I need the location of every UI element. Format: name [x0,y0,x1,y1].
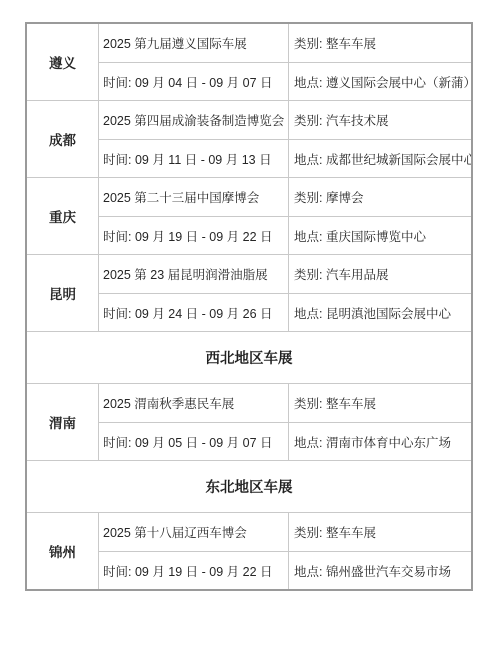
time-cell: 时间: 09 月 11 日 - 09 月 13 日 [98,139,288,177]
exhibition-name-cell: 2025 渭南秋季惠民车展 [98,384,288,422]
exhibition-table: 遵义 2025 第九届遵义国际车展 类别: 整车车展 时间: 09 月 04 日… [25,22,473,591]
category-cell: 类别: 汽车技术展 [288,101,471,139]
category-cell: 类别: 整车车展 [288,384,471,422]
category-cell: 类别: 汽车用品展 [288,255,471,293]
city-block-weinan: 渭南 2025 渭南秋季惠民车展 类别: 整车车展 时间: 09 月 05 日 … [27,383,471,460]
city-cell: 成都 [27,101,98,177]
time-cell: 时间: 09 月 04 日 - 09 月 07 日 [98,62,288,100]
time-cell: 时间: 09 月 05 日 - 09 月 07 日 [98,422,288,460]
section-header-northeast: 东北地区车展 [27,460,471,512]
city-cell: 渭南 [27,384,98,460]
location-cell: 地点: 重庆国际博览中心 [288,216,471,254]
city-block-zunyi: 遵义 2025 第九届遵义国际车展 类别: 整车车展 时间: 09 月 04 日… [27,24,471,100]
time-cell: 时间: 09 月 19 日 - 09 月 22 日 [98,216,288,254]
exhibition-name-cell: 2025 第二十三届中国摩博会 [98,178,288,216]
exhibition-name-cell: 2025 第九届遵义国际车展 [98,24,288,62]
city-block-kunming: 昆明 2025 第 23 届昆明润滑油脂展 类别: 汽车用品展 时间: 09 月… [27,254,471,331]
location-cell: 地点: 锦州盛世汽车交易市场 [288,551,471,589]
location-cell: 地点: 渭南市体育中心东广场 [288,422,471,460]
category-cell: 类别: 整车车展 [288,24,471,62]
section-header-northwest: 西北地区车展 [27,331,471,383]
city-block-jinzhou: 锦州 2025 第十八届辽西车博会 类别: 整车车展 时间: 09 月 19 日… [27,512,471,589]
location-cell: 地点: 遵义国际会展中心（新蒲） [288,62,471,100]
time-cell: 时间: 09 月 19 日 - 09 月 22 日 [98,551,288,589]
city-block-chongqing: 重庆 2025 第二十三届中国摩博会 类别: 摩博会 时间: 09 月 19 日… [27,177,471,254]
page: 遵义 2025 第九届遵义国际车展 类别: 整车车展 时间: 09 月 04 日… [0,0,500,667]
city-cell: 重庆 [27,178,98,254]
city-block-chengdu: 成都 2025 第四届成渝装备制造博览会 类别: 汽车技术展 时间: 09 月 … [27,100,471,177]
category-cell: 类别: 摩博会 [288,178,471,216]
city-cell: 遵义 [27,24,98,100]
exhibition-name-cell: 2025 第十八届辽西车博会 [98,513,288,551]
city-cell: 锦州 [27,513,98,589]
location-cell: 地点: 昆明滇池国际会展中心 [288,293,471,331]
category-cell: 类别: 整车车展 [288,513,471,551]
location-cell: 地点: 成都世纪城新国际会展中心 [288,139,471,177]
city-cell: 昆明 [27,255,98,331]
exhibition-name-cell: 2025 第 23 届昆明润滑油脂展 [98,255,288,293]
time-cell: 时间: 09 月 24 日 - 09 月 26 日 [98,293,288,331]
exhibition-name-cell: 2025 第四届成渝装备制造博览会 [98,101,288,139]
